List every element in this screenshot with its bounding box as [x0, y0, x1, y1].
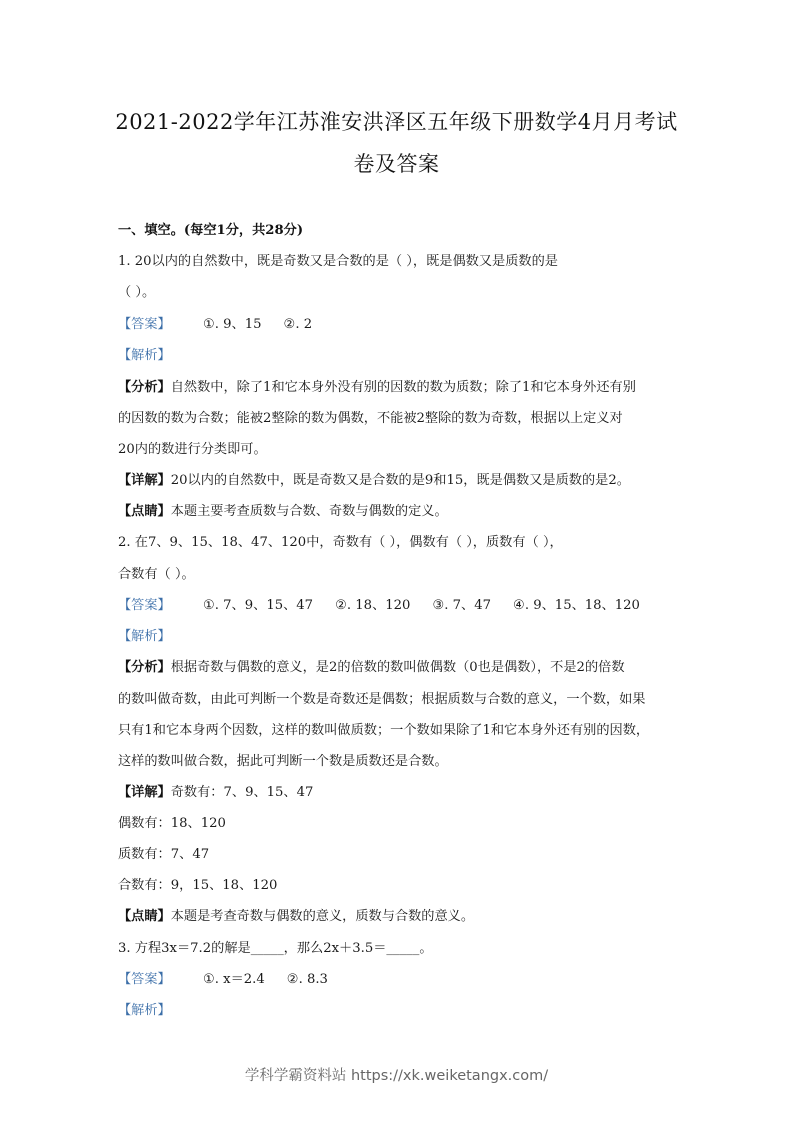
- q2-fenxi-line1: 【分析】根据奇数与偶数的意义，是2的倍数的数叫做偶数（0也是偶数），不是2的倍数: [118, 656, 625, 675]
- q2-fenxi-line3: 只有1和它本身两个因数，这样的数叫做质数；一个数如果除了1和它本身外还有别的因数…: [118, 719, 649, 738]
- xiangjie-label: 【详解】: [118, 785, 171, 800]
- fenxi-text: 根据奇数与偶数的意义，是2的倍数的数叫做偶数（0也是偶数），不是2的倍数: [171, 660, 625, 675]
- q2-analysis-label: 【解析】: [118, 625, 171, 644]
- q2-xiangjie-line2: 偶数有：18、120: [118, 812, 226, 831]
- fenxi-label: 【分析】: [118, 660, 171, 675]
- q1-stem-line2: （ ）。: [118, 281, 155, 300]
- q1-fenxi-line1: 【分析】自然数中，除了1和它本身外没有别的因数的数为质数；除了1和它本身外还有别: [118, 376, 636, 395]
- document-title-line2: 卷及答案: [0, 148, 793, 178]
- answer-label: 【答案】: [118, 598, 171, 613]
- q1-stem-line1: 1. 20以内的自然数中，既是奇数又是合数的是（ ），既是偶数又是质数的是: [118, 250, 558, 269]
- answer-item: ①. 9、15: [203, 317, 262, 332]
- q2-stem-line1: 2. 在7、9、15、18、47、120中，奇数有（ ），偶数有（ ），质数有（…: [118, 531, 563, 550]
- q3-analysis-label: 【解析】: [118, 999, 171, 1018]
- dianjing-text: 本题主要考查质数与合数、奇数与偶数的定义。: [171, 504, 448, 519]
- answer-item: ①. x＝2.4: [203, 972, 265, 987]
- dianjing-label: 【点睛】: [118, 909, 171, 924]
- dianjing-text: 本题是考查奇数与偶数的意义，质数与合数的意义。: [171, 909, 474, 924]
- answer-item: ②. 8.3: [287, 972, 328, 987]
- q2-xiangjie: 【详解】奇数有：7、9、15、47: [118, 781, 313, 800]
- footer-watermark: 学科学霸资料站 https://xk.weiketangx.com/: [0, 1064, 793, 1085]
- answer-item: ④. 9、15、18、120: [513, 598, 640, 613]
- q3-stem: 3. 方程3x＝7.2的解是_____，那么2x＋3.5＝_____。: [118, 937, 433, 956]
- q1-dianjing: 【点睛】本题主要考查质数与合数、奇数与偶数的定义。: [118, 500, 448, 519]
- q2-dianjing: 【点睛】本题是考查奇数与偶数的意义，质数与合数的意义。: [118, 905, 474, 924]
- q1-analysis-label: 【解析】: [118, 344, 171, 363]
- xiangjie-label: 【详解】: [118, 473, 171, 488]
- q2-answer: 【答案】 ①. 7、9、15、47②. 18、120③. 7、47④. 9、15…: [118, 594, 662, 613]
- answer-item: ②. 18、120: [335, 598, 410, 613]
- q2-fenxi-line2: 的数叫做奇数，由此可判断一个数是奇数还是偶数；根据质数与合数的意义，一个数，如果: [118, 688, 646, 707]
- answer-label: 【答案】: [118, 972, 171, 987]
- q3-answer: 【答案】 ①. x＝2.4②. 8.3: [118, 968, 350, 987]
- q1-fenxi-line3: 20内的数进行分类即可。: [118, 438, 267, 457]
- q2-stem-line2: 合数有（ ）。: [118, 563, 195, 582]
- document-title-line1: 2021-2022学年江苏淮安洪泽区五年级下册数学4月月考试: [0, 106, 793, 136]
- q2-fenxi-line4: 这样的数叫做合数，据此可判断一个数是质数还是合数。: [118, 750, 448, 769]
- answer-label: 【答案】: [118, 317, 171, 332]
- answer-item: ②. 2: [284, 317, 313, 332]
- dianjing-label: 【点睛】: [118, 504, 171, 519]
- q2-xiangjie-line4: 合数有：9，15、18、120: [118, 874, 277, 893]
- q1-fenxi-line2: 的因数的数为合数；能被2整除的数为偶数，不能被2整除的数为奇数，根据以上定义对: [118, 407, 623, 426]
- q1-answer: 【答案】 ①. 9、15②. 2: [118, 313, 334, 332]
- xiangjie-text: 20以内的自然数中，既是奇数又是合数的是9和15，既是偶数又是质数的是2。: [171, 473, 630, 488]
- fenxi-text: 自然数中，除了1和它本身外没有别的因数的数为质数；除了1和它本身外还有别: [171, 380, 636, 395]
- xiangjie-text: 奇数有：7、9、15、47: [171, 785, 314, 800]
- q1-xiangjie: 【详解】20以内的自然数中，既是奇数又是合数的是9和15，既是偶数又是质数的是2…: [118, 469, 630, 488]
- q2-xiangjie-line3: 质数有：7、47: [118, 843, 209, 862]
- answer-item: ①. 7、9、15、47: [203, 598, 313, 613]
- section-heading: 一、填空。(每空1分，共28分): [118, 219, 303, 238]
- fenxi-label: 【分析】: [118, 380, 171, 395]
- answer-item: ③. 7、47: [432, 598, 491, 613]
